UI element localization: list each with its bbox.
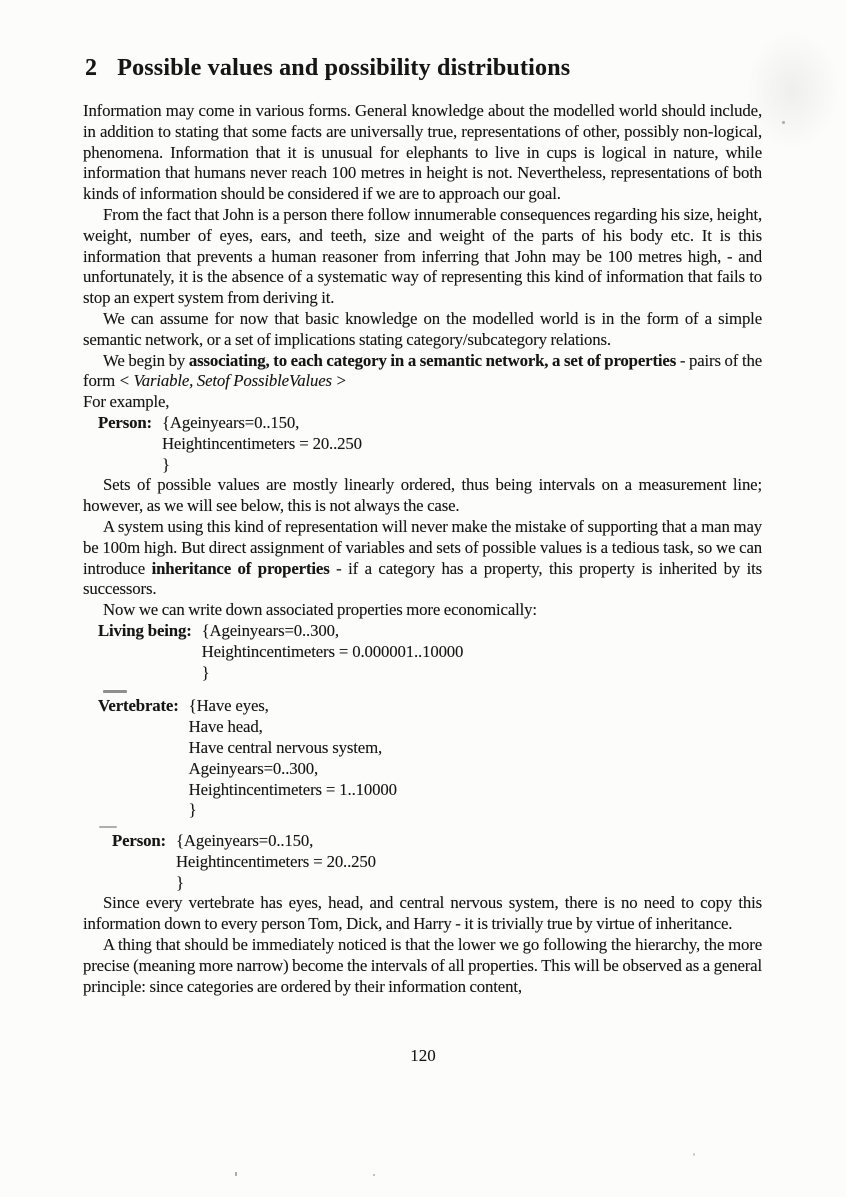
- definition-label: Living being:: [98, 621, 192, 683]
- scan-dash-artifact: [103, 690, 127, 693]
- paragraph-since-vertebrate: Since every vertebrate has eyes, head, a…: [83, 893, 762, 935]
- definition-line: Have head,: [189, 717, 397, 738]
- definition-line: }: [189, 800, 397, 821]
- section-heading: 2 Possible values and possibility distri…: [85, 55, 762, 82]
- paragraph-hierarchy: A thing that should be immediately notic…: [83, 935, 762, 997]
- page-number: 120: [0, 1046, 846, 1066]
- paragraph-inheritance: A system using this kind of representati…: [83, 517, 762, 600]
- definition-lines: {Ageinyears=0..150, Heightincentimeters …: [176, 831, 376, 893]
- scan-speck-artifact: [373, 1174, 375, 1176]
- paragraph-intro: Information may come in various forms. G…: [83, 101, 762, 205]
- definition-line: Heightincentimeters = 1..10000: [189, 780, 397, 801]
- definition-line: Have central nervous system,: [189, 738, 397, 759]
- scan-speck-artifact: [782, 121, 785, 124]
- bold-run-associating: associating, to each category in a seman…: [189, 351, 676, 370]
- paragraph-assume: We can assume for now that basic knowled…: [83, 309, 762, 351]
- paragraph-sets: Sets of possible values are mostly linea…: [83, 475, 762, 517]
- definition-block-person-2: Person: {Ageinyears=0..150, Heightincent…: [112, 831, 762, 893]
- definition-block-living-being: Living being: {Ageinyears=0..300, Height…: [98, 621, 762, 683]
- section-number: 2: [85, 55, 97, 82]
- scan-dash-artifact: [99, 826, 117, 828]
- section-title: Possible values and possibility distribu…: [117, 55, 570, 82]
- definition-line: {Ageinyears=0..150,: [176, 831, 376, 852]
- scan-speck-artifact: [235, 1172, 237, 1176]
- math-run-variable-set: < Variable, Setof PossibleValues >: [119, 371, 347, 390]
- definition-line: {Have eyes,: [189, 696, 397, 717]
- definition-lines: {Ageinyears=0..150, Heightincentimeters …: [162, 413, 362, 475]
- definition-line: }: [162, 455, 362, 476]
- definition-line: Ageinyears=0..300,: [189, 759, 397, 780]
- definition-label: Person:: [112, 831, 166, 893]
- text-column: 2 Possible values and possibility distri…: [83, 55, 762, 997]
- definition-line: {Ageinyears=0..300,: [202, 621, 464, 642]
- definition-line: Heightincentimeters = 20..250: [176, 852, 376, 873]
- paragraph-economically: Now we can write down associated propert…: [83, 600, 762, 621]
- definition-line: }: [176, 873, 376, 894]
- definition-line: {Ageinyears=0..150,: [162, 413, 362, 434]
- for-example-line: For example,: [83, 392, 762, 413]
- bold-run-inheritance: inheritance of properties: [152, 559, 330, 578]
- scanned-paper-page: 2 Possible values and possibility distri…: [0, 0, 846, 1197]
- definition-lines: {Have eyes, Have head, Have central nerv…: [189, 696, 397, 821]
- definition-lines: {Ageinyears=0..300, Heightincentimeters …: [202, 621, 464, 683]
- text-run: We begin by: [103, 351, 189, 370]
- definition-line: }: [202, 663, 464, 684]
- definition-block-person-1: Person: {Ageinyears=0..150, Heightincent…: [98, 413, 762, 475]
- definition-line: Heightincentimeters = 20..250: [162, 434, 362, 455]
- definition-label: Person:: [98, 413, 152, 475]
- definition-line: Heightincentimeters = 0.000001..10000: [202, 642, 464, 663]
- scan-speck-artifact: [693, 1153, 695, 1156]
- definition-block-vertebrate: Vertebrate: {Have eyes, Have head, Have …: [98, 696, 762, 821]
- definition-label: Vertebrate:: [98, 696, 179, 821]
- paragraph-associating: We begin by associating, to each categor…: [83, 351, 762, 393]
- paragraph-john: From the fact that John is a person ther…: [83, 205, 762, 309]
